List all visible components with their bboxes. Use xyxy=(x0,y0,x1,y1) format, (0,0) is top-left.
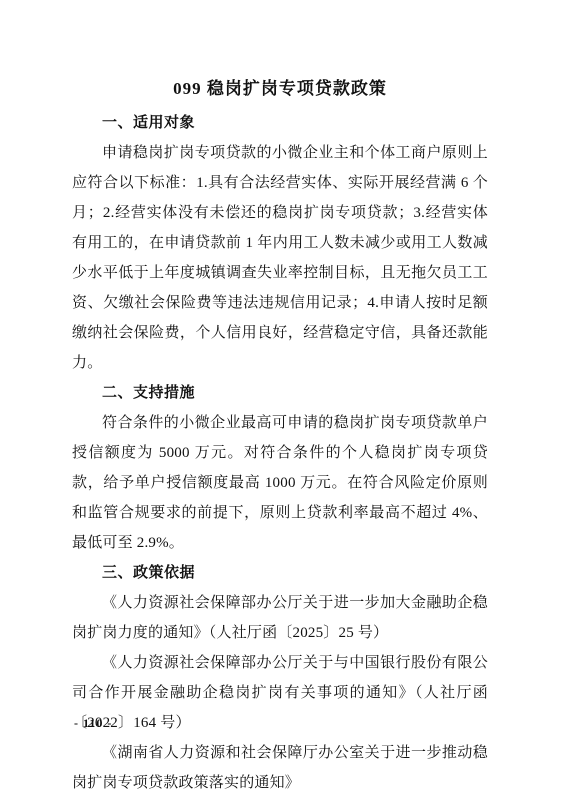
document-title: 099 稳岗扩岗专项贷款政策 xyxy=(72,78,488,100)
paragraph-support-measures: 符合条件的小微企业最高可申请的稳岗扩岗专项贷款单户授信额度为 5000 万元。对… xyxy=(72,408,488,558)
page-number: - 110 - xyxy=(74,716,112,731)
section-heading-support-measures: 二、支持措施 xyxy=(72,378,488,408)
paragraph-policy-basis-2: 《人力资源社会保障部办公厅关于与中国银行股份有限公司合作开展金融助企稳岗扩岗有关… xyxy=(72,648,488,738)
paragraph-policy-basis-3: 《湖南省人力资源和社会保障厅办公室关于进一步推动稳岗扩岗专项贷款政策落实的通知》 xyxy=(72,738,488,793)
section-heading-policy-basis: 三、政策依据 xyxy=(72,558,488,588)
document-page: 099 稳岗扩岗专项贷款政策 一、适用对象 申请稳岗扩岗专项贷款的小微企业主和个… xyxy=(0,0,561,793)
paragraph-applicable-targets: 申请稳岗扩岗专项贷款的小微企业主和个体工商户原则上应符合以下标准：1.具有合法经… xyxy=(72,138,488,378)
paragraph-policy-basis-1: 《人力资源社会保障部办公厅关于进一步加大金融助企稳岗扩岗力度的通知》（人社厅函〔… xyxy=(72,588,488,648)
document-body: 一、适用对象 申请稳岗扩岗专项贷款的小微企业主和个体工商户原则上应符合以下标准：… xyxy=(72,108,488,793)
section-heading-applicable-targets: 一、适用对象 xyxy=(72,108,488,138)
